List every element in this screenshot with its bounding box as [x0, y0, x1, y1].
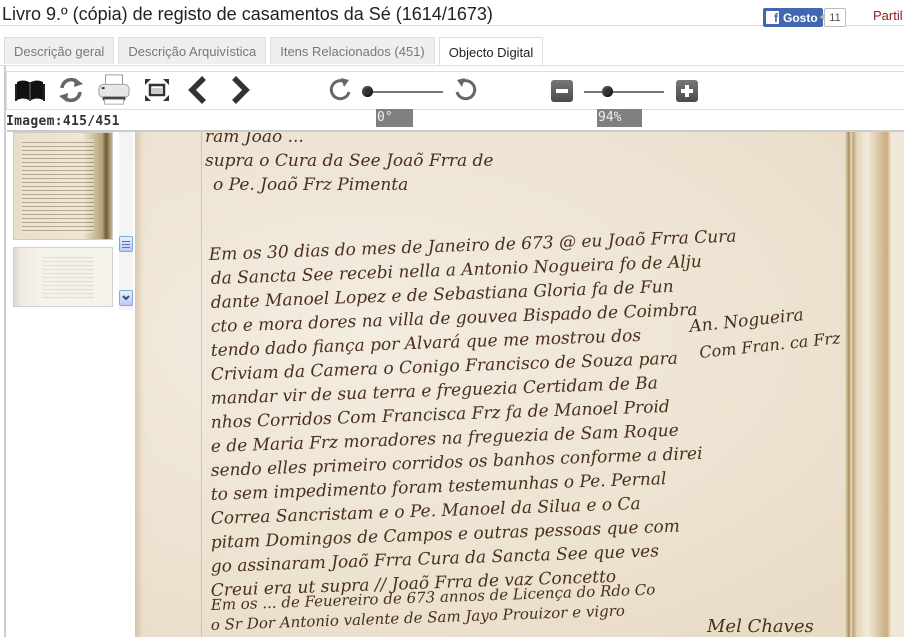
print-icon: [97, 73, 131, 107]
svg-text:supra o Cura da See Joaõ Frra: supra o Cura da See Joaõ Frra de: [205, 151, 493, 171]
scrollbar-thumb[interactable]: [119, 236, 133, 252]
refresh-icon: [56, 75, 86, 105]
rotate-right-icon: [453, 76, 479, 104]
chevron-left-icon: [187, 75, 209, 105]
zoom-value: 94%: [597, 109, 642, 127]
tab-descricao-arquivistica[interactable]: Descrição Arquivística: [118, 37, 266, 64]
tab-itens-relacionados[interactable]: Itens Relacionados (451): [270, 37, 435, 64]
chevron-right-icon: [229, 75, 251, 105]
tab-objecto-digital[interactable]: Objecto Digital: [439, 37, 544, 66]
share-link[interactable]: Partil: [873, 8, 903, 23]
tab-bar: Descrição geral Descrição Arquivística I…: [4, 37, 543, 65]
viewer-toolbar: [6, 71, 904, 110]
fit-screen-icon: [144, 78, 170, 102]
grip-icon: [122, 240, 130, 248]
reset-view-button[interactable]: [54, 74, 88, 106]
rotation-slider-handle[interactable]: [362, 86, 373, 97]
zoom-in-button[interactable]: [676, 80, 698, 102]
page-title: Livro 9.º (cópia) de registo de casament…: [2, 4, 493, 25]
facebook-icon: f: [766, 11, 779, 24]
facebook-like-count: 11: [824, 8, 846, 27]
rotate-left-icon: [327, 76, 353, 104]
book-view-button[interactable]: [13, 74, 47, 106]
print-button[interactable]: [97, 74, 131, 106]
rotation-value: 0°: [376, 109, 413, 127]
facebook-like-label: Gosto: [783, 11, 818, 25]
plus-icon: [680, 84, 694, 98]
svg-text:An. Nogueira: An. Nogueira: [686, 305, 804, 337]
image-counter: Imagem:415/451: [6, 114, 120, 129]
minus-icon: [555, 84, 569, 98]
rotate-right-button[interactable]: [451, 74, 481, 106]
thumbnail-current[interactable]: [13, 132, 113, 240]
rotation-slider-track[interactable]: [369, 91, 443, 93]
manuscript-handwriting: ram Joaõ ... supra o Cura da See Joaõ Fr…: [135, 132, 904, 637]
rotate-left-button[interactable]: [325, 74, 355, 106]
svg-text:o Pe. Joaõ Frz Pimenta: o Pe. Joaõ Frz Pimenta: [213, 175, 408, 195]
manuscript-image[interactable]: ram Joaõ ... supra o Cura da See Joaõ Fr…: [135, 132, 904, 637]
previous-image-button[interactable]: [181, 74, 215, 106]
tab-descricao-geral[interactable]: Descrição geral: [4, 37, 114, 64]
zoom-out-button[interactable]: [551, 80, 573, 102]
thumbnail-scrollbar[interactable]: [119, 132, 133, 310]
svg-text:ram Joaõ ...: ram Joaõ ...: [205, 132, 304, 147]
thumbnail-next[interactable]: [13, 247, 113, 307]
svg-text:Mel Chaves: Mel Chaves: [706, 616, 814, 637]
chevron-down-icon: [122, 295, 130, 301]
scroll-down-button[interactable]: [119, 290, 133, 306]
image-viewer: ram Joaõ ... supra o Cura da See Joaõ Fr…: [7, 130, 904, 637]
thumbnail-strip: [7, 132, 135, 637]
zoom-slider-handle[interactable]: [602, 86, 613, 97]
book-icon: [15, 78, 45, 102]
facebook-like-button[interactable]: f Gosto: [763, 8, 823, 27]
zoom-slider-track[interactable]: [584, 91, 664, 93]
next-image-button[interactable]: [223, 74, 257, 106]
fit-screen-button[interactable]: [140, 74, 174, 106]
